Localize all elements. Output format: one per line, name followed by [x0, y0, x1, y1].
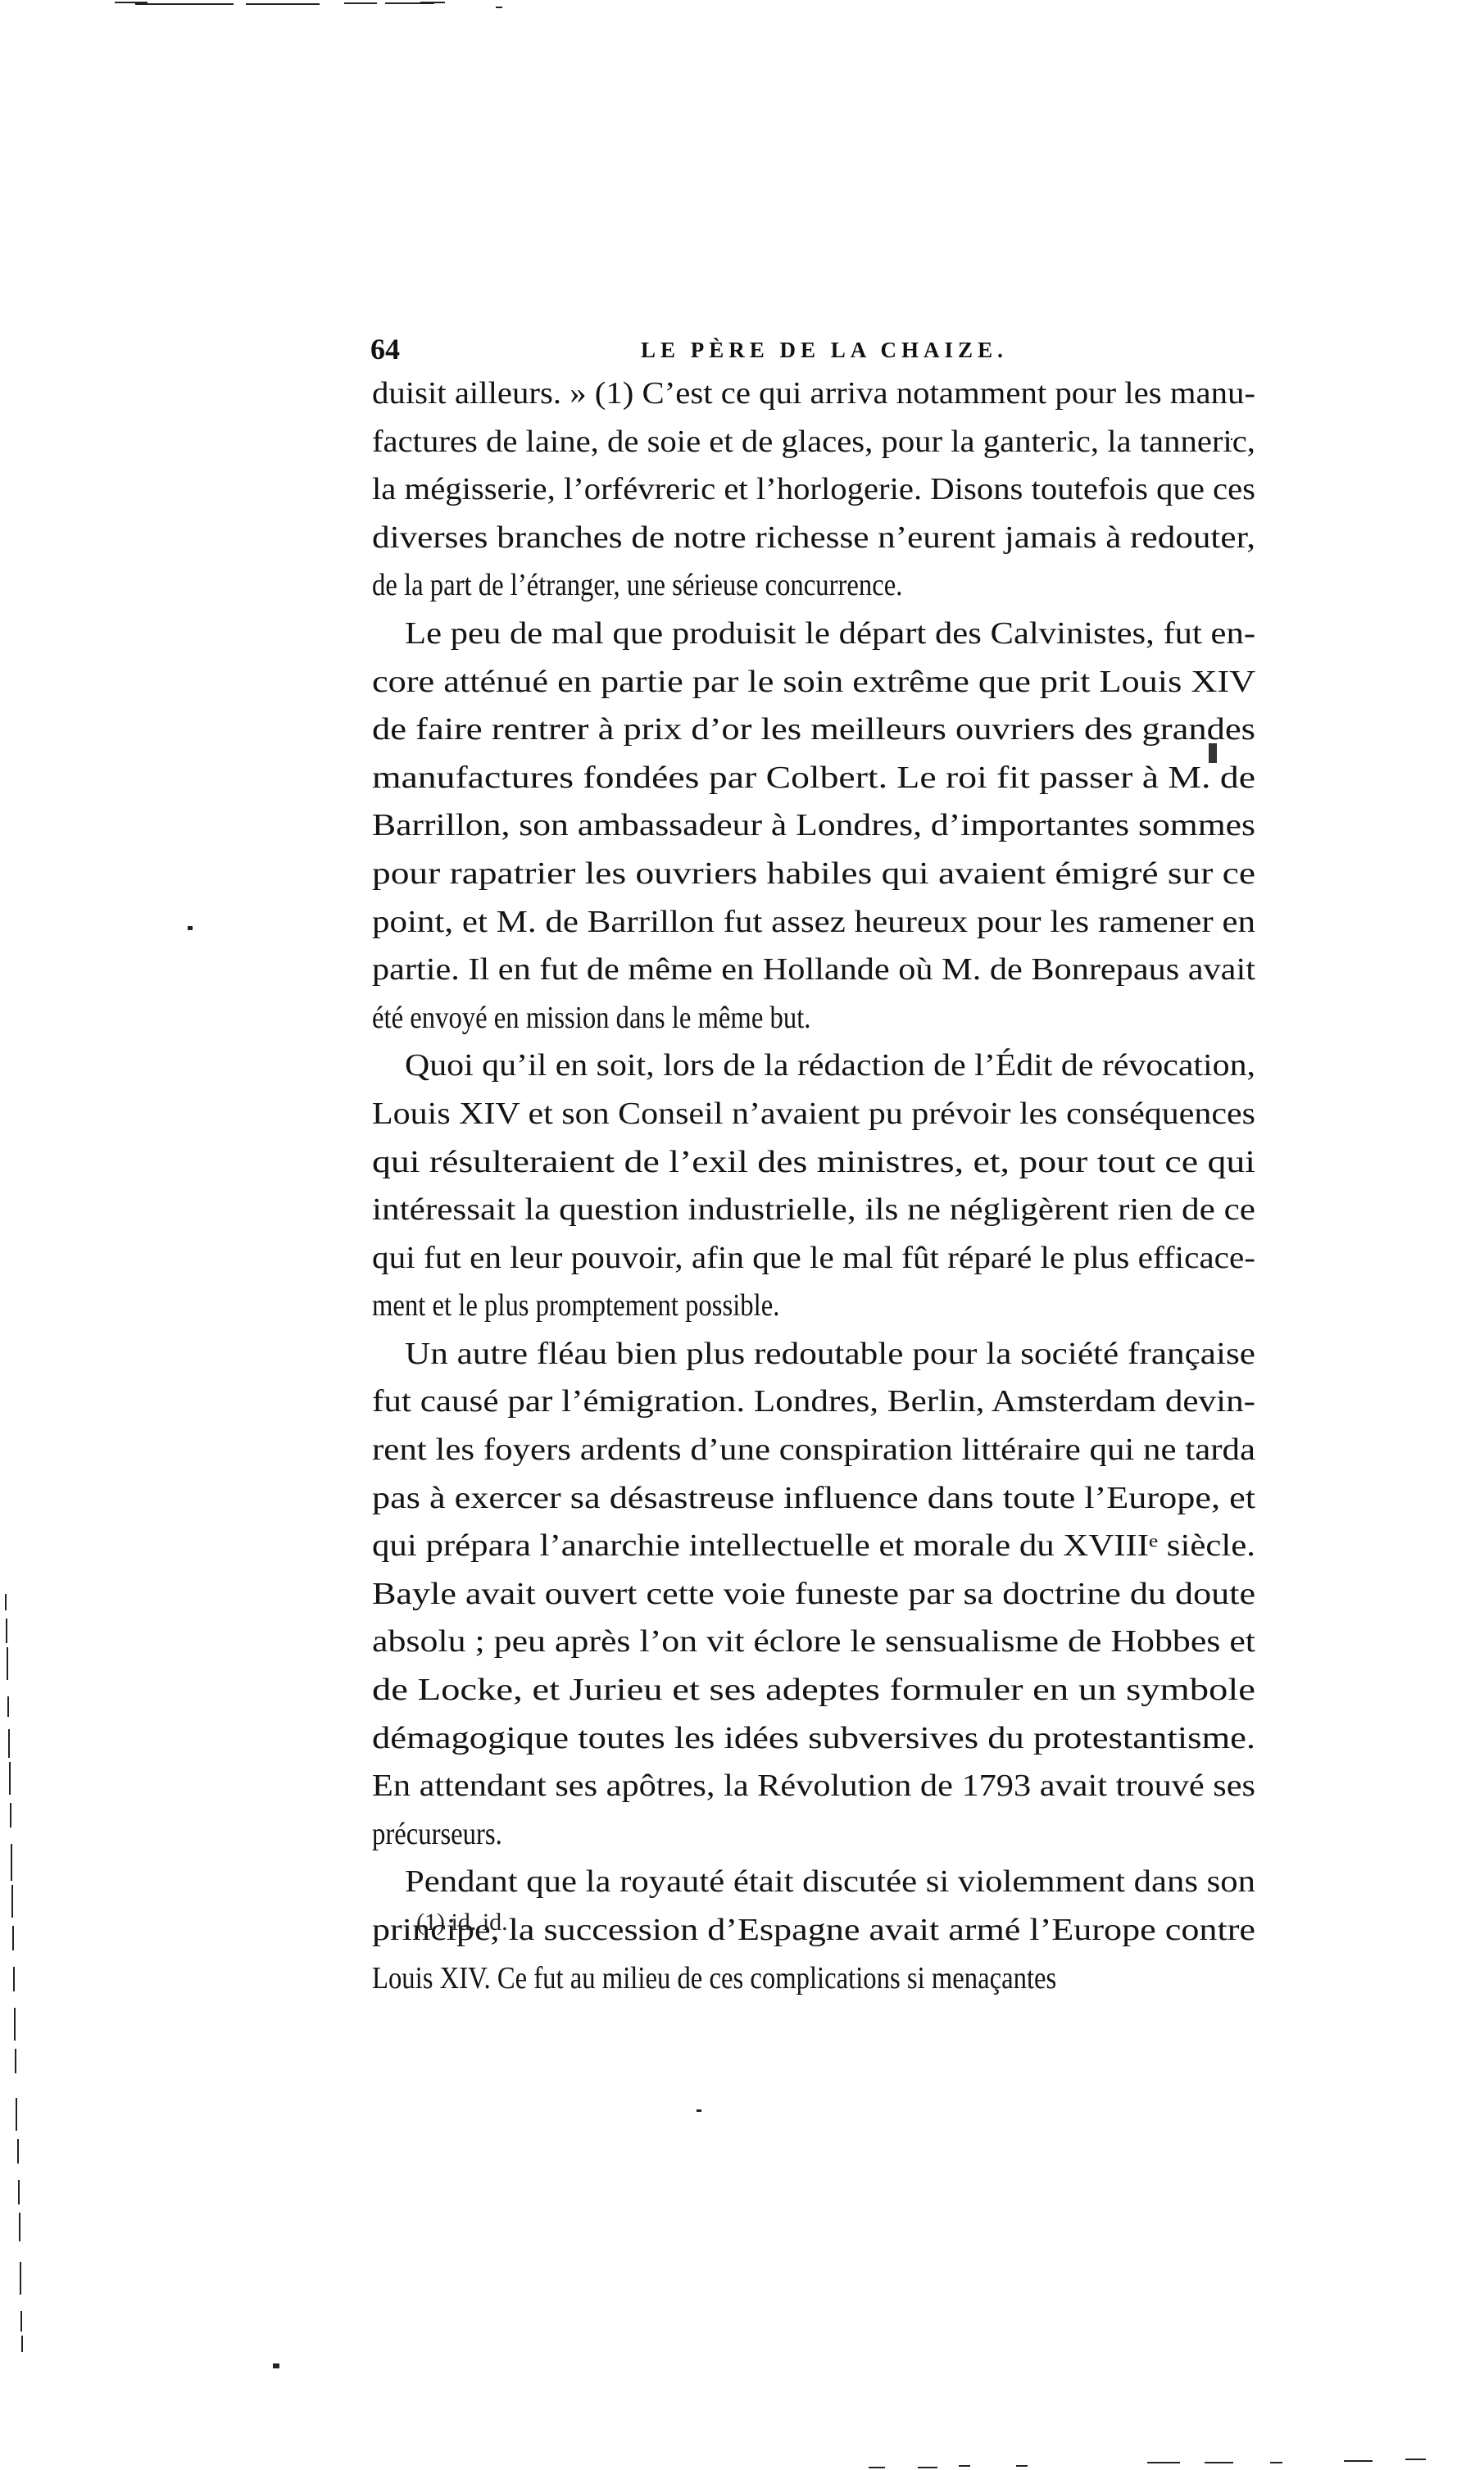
scan-speck: [1147, 2462, 1180, 2463]
scan-speck: [19, 2213, 20, 2241]
scan-speck: [420, 2, 445, 3]
text-line-content: rent les foyers ardents d’une conspirati…: [372, 1426, 1255, 1474]
text-line-content: Quoi qu’il en soit, lors de la rédaction…: [405, 1042, 1255, 1090]
scan-speck: [1405, 2459, 1426, 2460]
text-line: été envoyé en mission dans le même but.: [372, 994, 1255, 1042]
text-line: Pendant que la royauté était discutée si…: [372, 1858, 1255, 1906]
scan-speck: [16, 2098, 17, 2131]
footnote: (1) id. id.: [416, 1906, 508, 1939]
scan-speck: [1205, 2462, 1233, 2463]
scan-speck: [918, 2467, 937, 2468]
scan-speck: [188, 926, 193, 930]
scan-speck: [7, 1696, 9, 1717]
scan-speck: [12, 1926, 14, 1950]
text-line-content: la mégisserie, l’orfévreric et l’horloge…: [372, 465, 1255, 514]
book-page: 64 LE PÈRE DE LA CHAIZE. duisit ailleurs…: [0, 0, 1484, 2470]
page-number: 64: [370, 333, 400, 366]
text-line-content: intéressait la question industrielle, il…: [372, 1186, 1255, 1234]
scan-speck: [1016, 2465, 1028, 2467]
running-head: 64 LE PÈRE DE LA CHAIZE.: [370, 333, 1255, 366]
text-line-content: été envoyé en mission dans le même but.: [372, 994, 810, 1042]
text-line-content: Louis XIV. Ce fut au milieu de ces compl…: [372, 1955, 1056, 2003]
text-line: pour rapatrier les ouvriers habiles qui …: [372, 850, 1255, 898]
text-line: Bayle avait ouvert cette voie funeste pa…: [372, 1570, 1255, 1619]
scan-speck: [11, 1885, 13, 1918]
text-line-content: pour rapatrier les ouvriers habiles qui …: [372, 850, 1255, 898]
scan-speck: [6, 1619, 7, 1643]
text-line-content: Un autre fléau bien plus redoutable pour…: [405, 1330, 1255, 1378]
text-line: core atténué en partie par le soin extrê…: [372, 658, 1255, 706]
scan-speck: [176, 3, 234, 5]
scan-speck: [13, 1967, 15, 1991]
scan-speck: [344, 2, 377, 4]
text-line: Le peu de mal que produisit le départ de…: [372, 610, 1255, 658]
text-line: ment et le plus promptement possible.: [372, 1282, 1255, 1330]
scan-speck: [18, 2180, 20, 2204]
body-text: duisit ailleurs. » (1) C’est ce qui arri…: [372, 370, 1255, 2002]
text-line: manufactures fondées par Colbert. Le roi…: [372, 754, 1255, 802]
text-line: En attendant ses apôtres, la Révolution …: [372, 1762, 1255, 1810]
text-line-content: qui prépara l’anarchie intellectuelle et…: [372, 1522, 1255, 1570]
text-line-content: point, et M. de Barrillon fut assez heur…: [372, 898, 1255, 947]
text-line: de la part de l’étranger, une sérieuse c…: [372, 561, 1255, 610]
text-line: qui résulteraient de l’exil des ministre…: [372, 1138, 1255, 1187]
scan-speck: [697, 2109, 701, 2112]
scan-speck: [273, 2363, 279, 2368]
text-line-content: qui résulteraient de l’exil des ministre…: [372, 1138, 1255, 1187]
text-line-content: duisit ailleurs. » (1) C’est ce qui arri…: [372, 370, 1255, 418]
scan-speck: [5, 1594, 7, 1610]
scan-speck: [1270, 2462, 1282, 2463]
text-line-content: Pendant que la royauté était discutée si…: [405, 1858, 1255, 1906]
text-line-content: pas à exercer sa désastreuse influence d…: [372, 1474, 1255, 1523]
text-line-content: Le peu de mal que produisit le départ de…: [405, 610, 1255, 658]
text-line: rent les foyers ardents d’une conspirati…: [372, 1426, 1255, 1474]
text-line-content: démagogique toutes les idées subversives…: [372, 1714, 1255, 1763]
text-line: partie. Il en fut de même en Hollande où…: [372, 946, 1255, 994]
text-line-content: Louis XIV et son Conseil n’avaient pu pr…: [372, 1090, 1255, 1138]
text-line: précurseurs.: [372, 1810, 1255, 1859]
text-line-content: manufactures fondées par Colbert. Le roi…: [372, 754, 1255, 802]
text-line-content: de Locke, et Jurieu et ses adeptes formu…: [372, 1666, 1255, 1714]
text-line-content: factures de laine, de soie et de glaces,…: [372, 418, 1255, 466]
text-line: Quoi qu’il en soit, lors de la rédaction…: [372, 1042, 1255, 1090]
scan-speck: [8, 1729, 10, 1758]
text-line: fut causé par l’émigration. Londres, Ber…: [372, 1378, 1255, 1426]
scan-speck: [9, 1762, 11, 1795]
text-line-content: partie. Il en fut de même en Hollande où…: [372, 946, 1255, 994]
text-line: factures de laine, de soie et de glaces,…: [372, 418, 1255, 466]
text-line: Louis XIV et son Conseil n’avaient pu pr…: [372, 1090, 1255, 1138]
scan-speck: [246, 3, 320, 5]
text-line-content: précurseurs.: [372, 1810, 502, 1859]
scan-speck: [11, 1844, 12, 1881]
scan-speck: [14, 2008, 16, 2041]
scan-speck: [1344, 2460, 1373, 2462]
scan-speck: [496, 7, 502, 8]
text-line-content: de la part de l’étranger, une sérieuse c…: [372, 561, 902, 610]
text-line: intéressait la question industrielle, il…: [372, 1186, 1255, 1234]
text-line: duisit ailleurs. » (1) C’est ce qui arri…: [372, 370, 1255, 418]
text-line: pas à exercer sa désastreuse influence d…: [372, 1474, 1255, 1523]
running-title: LE PÈRE DE LA CHAIZE.: [641, 336, 1008, 364]
scan-speck: [15, 2049, 16, 2073]
text-line-content: En attendant ses apôtres, la Révolution …: [372, 1762, 1255, 1810]
scan-speck: [17, 2139, 19, 2164]
text-line-content: qui fut en leur pouvoir, afin que le mal…: [372, 1234, 1255, 1283]
scan-speck: [7, 1647, 8, 1680]
scan-speck: [20, 2311, 22, 2332]
scan-speck: [869, 2467, 885, 2468]
text-line: absolu ; peu après l’on vit éclore le se…: [372, 1618, 1255, 1666]
text-line-content: diverses branches de notre richesse n’eu…: [372, 514, 1255, 562]
text-line: qui fut en leur pouvoir, afin que le mal…: [372, 1234, 1255, 1283]
text-line-content: core atténué en partie par le soin extrê…: [372, 658, 1255, 706]
text-line: de faire rentrer à prix d’or les meilleu…: [372, 706, 1255, 754]
text-line-content: Barrillon, son ambassadeur à Londres, d’…: [372, 801, 1255, 850]
text-line: Un autre fléau bien plus redoutable pour…: [372, 1330, 1255, 1378]
text-line: diverses branches de notre richesse n’eu…: [372, 514, 1255, 562]
text-line-content: ment et le plus promptement possible.: [372, 1282, 779, 1330]
text-line-content: de faire rentrer à prix d’or les meilleu…: [372, 706, 1255, 754]
text-line: de Locke, et Jurieu et ses adeptes formu…: [372, 1666, 1255, 1714]
scan-speck: [1231, 438, 1232, 440]
scan-speck: [959, 2465, 970, 2467]
text-line-content: Bayle avait ouvert cette voie funeste pa…: [372, 1570, 1255, 1619]
text-line: démagogique toutes les idées subversives…: [372, 1714, 1255, 1763]
text-line: point, et M. de Barrillon fut assez heur…: [372, 898, 1255, 947]
text-line: Louis XIV. Ce fut au milieu de ces compl…: [372, 1955, 1255, 2003]
text-line: qui prépara l’anarchie intellectuelle et…: [372, 1522, 1255, 1570]
scan-speck: [20, 2262, 21, 2295]
text-line-content: fut causé par l’émigration. Londres, Ber…: [372, 1378, 1255, 1426]
scan-speck: [21, 2336, 23, 2352]
text-line: la mégisserie, l’orfévreric et l’horloge…: [372, 465, 1255, 514]
text-line: Barrillon, son ambassadeur à Londres, d’…: [372, 801, 1255, 850]
scan-speck: [10, 1803, 11, 1828]
ink-blot: [1209, 743, 1217, 763]
text-line-content: absolu ; peu après l’on vit éclore le se…: [372, 1618, 1255, 1666]
